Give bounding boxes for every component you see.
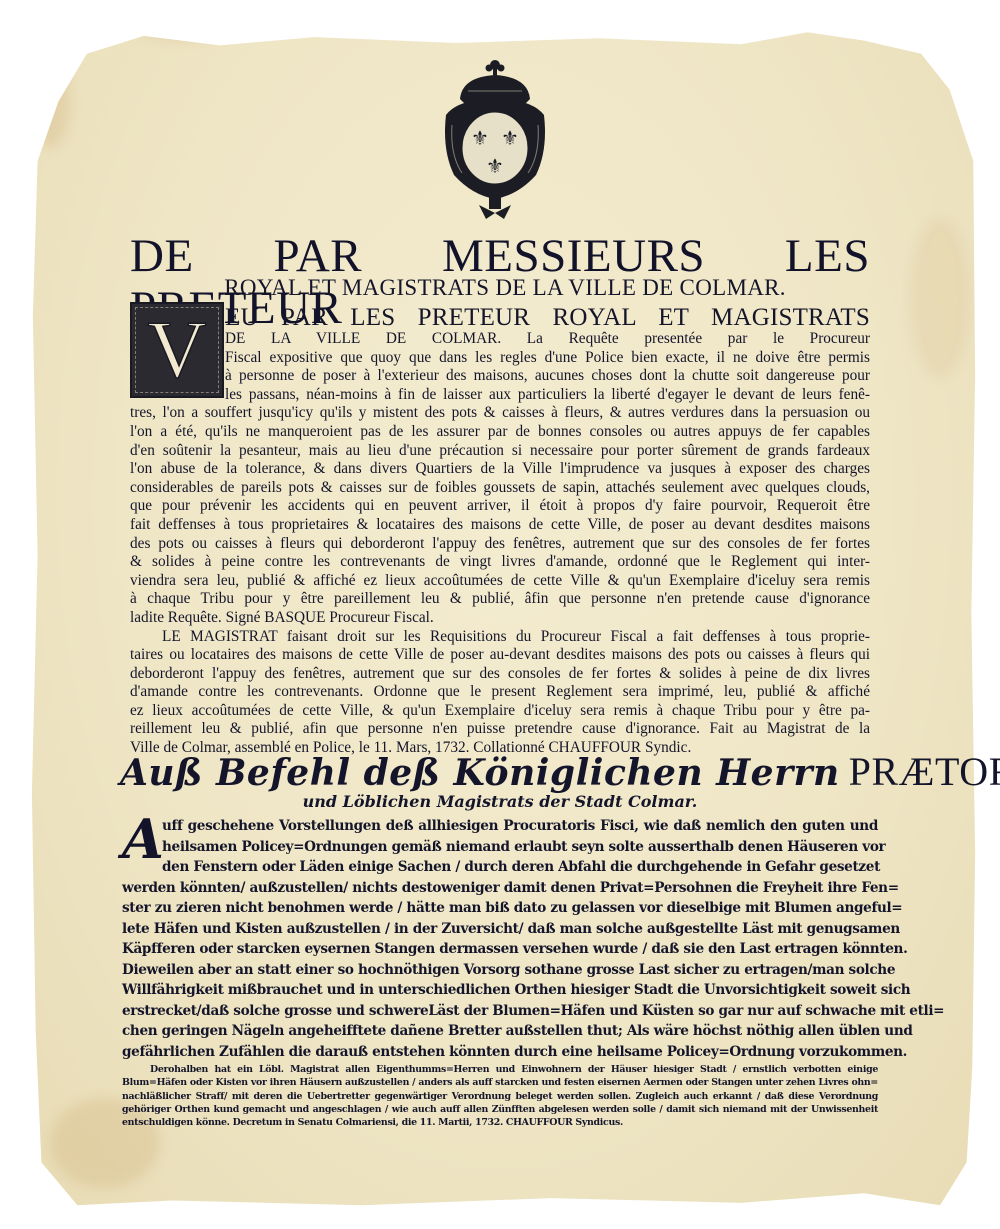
text-line: heilsamen Policey=Ordnungen gemäß nieman… xyxy=(122,837,878,858)
text-line: chen geringen Nägeln angeheifftete dañen… xyxy=(122,1021,878,1042)
text-line: des pots ou caisses à fleurs qui deborde… xyxy=(130,535,870,554)
text-line: deborderont l'appuy des fenêtres, autrem… xyxy=(130,665,870,684)
text-line: & solides à peine contre les contrevenan… xyxy=(130,553,870,572)
text-line: que pour prévenir les accidents qui en p… xyxy=(130,497,870,516)
text-line: DE LA VILLE DE COLMAR. La Requête presen… xyxy=(130,330,870,349)
text-line: nachläßlicher Straff/ mit deren die Uebe… xyxy=(122,1090,878,1103)
text-line: taires ou locataires des maisons de cett… xyxy=(130,646,870,665)
text-line: ladite Requête. Signé BASQUE Procureur F… xyxy=(130,609,870,628)
text-line: à personne de poser à l'exterieur des ma… xyxy=(130,367,870,386)
text-line: den Fenstern oder Läden einige Sachen / … xyxy=(122,857,878,878)
text-line: werden könnten/ außzustellen/ nichts des… xyxy=(122,878,878,899)
text-line: gefährlichen Zufählen die darauß entsteh… xyxy=(122,1042,878,1063)
svg-text:⚜: ⚜ xyxy=(471,126,489,150)
royal-coat-of-arms-icon: ⚜ ⚜ ⚜ xyxy=(432,55,558,225)
text-line: l'on abuse de la tolerance, & dans diver… xyxy=(130,460,870,479)
german-ordinance-text: uff geschehene Vorstellungen deß allhies… xyxy=(122,816,878,1062)
text-line: lete Häfen und Kisten außzustellen / in … xyxy=(122,919,878,940)
text-line: Blum=Häfen oder Kisten vor ihren Häusern… xyxy=(122,1076,878,1089)
text-line: erstrecket/daß solche grosse und schwere… xyxy=(122,1001,878,1022)
text-line: Willfährigkeit mißbrauchet und in unters… xyxy=(122,980,878,1001)
text-line: viendra sera leu, publié & affiché ez li… xyxy=(130,572,870,591)
text-line: entschuldigen könne. Decretum in Senatu … xyxy=(122,1116,878,1129)
text-line: Fiscal expositive que quoy que dans les … xyxy=(130,349,870,368)
french-ordinance-text: DE LA VILLE DE COLMAR. La Requête presen… xyxy=(130,330,870,758)
german-subtitle: und Löblichen Magistrats der Stadt Colma… xyxy=(200,792,800,812)
text-line: Derohalben hat ein Löbl. Magistrat allen… xyxy=(122,1063,878,1076)
age-stain xyxy=(30,58,70,148)
german-title: Auß Befehl deß Königlichen Herrn PRÆTORI… xyxy=(120,752,880,793)
text-line: Käpfferen oder starcken eysernen Stangen… xyxy=(122,939,878,960)
text-line: les passans, néan-moins à fin de laisser… xyxy=(130,386,870,405)
german-decree-text: Derohalben hat ein Löbl. Magistrat allen… xyxy=(122,1063,878,1129)
text-line: LE MAGISTRAT faisant droit sur les Requi… xyxy=(130,628,870,647)
age-stain xyxy=(910,218,970,378)
text-line: tres, l'on a souffert jusqu'icy qu'ils y… xyxy=(130,404,870,423)
age-stain xyxy=(140,18,230,40)
french-title-line-2: ROYAL ET MAGISTRATS DE LA VILLE DE COLMA… xyxy=(160,274,850,302)
french-heading: EU PAR LES PRETEUR ROYAL ET MAGISTRATS xyxy=(225,304,870,332)
text-line: ez lieux accoûtumées de cette Ville, & q… xyxy=(130,702,870,721)
svg-text:⚜: ⚜ xyxy=(501,126,519,150)
text-line: reillement leu & publié, afin que person… xyxy=(130,720,870,739)
text-line: Dieweilen aber an statt einer so hochnöt… xyxy=(122,960,878,981)
text-line: fait deffenses à tous proprietaires & lo… xyxy=(130,516,870,535)
svg-text:⚜: ⚜ xyxy=(486,154,504,178)
text-line: d'amande contre les contrevenants. Ordon… xyxy=(130,683,870,702)
text-line: uff geschehene Vorstellungen deß allhies… xyxy=(122,816,878,837)
text-line: considerables de pareils pots & caisses … xyxy=(130,479,870,498)
text-line: ster zu zieren nicht benohmen werde / hä… xyxy=(122,898,878,919)
text-line: gehöriger Orthen kund gemacht und angesc… xyxy=(122,1103,878,1116)
text-line: d'en soûtenir la pesanteur, mais au lieu… xyxy=(130,442,870,461)
text-line: l'on a été, qu'ils ne manqueroient pas d… xyxy=(130,423,870,442)
text-line: à chaque Tribu pour y être pareillement … xyxy=(130,590,870,609)
